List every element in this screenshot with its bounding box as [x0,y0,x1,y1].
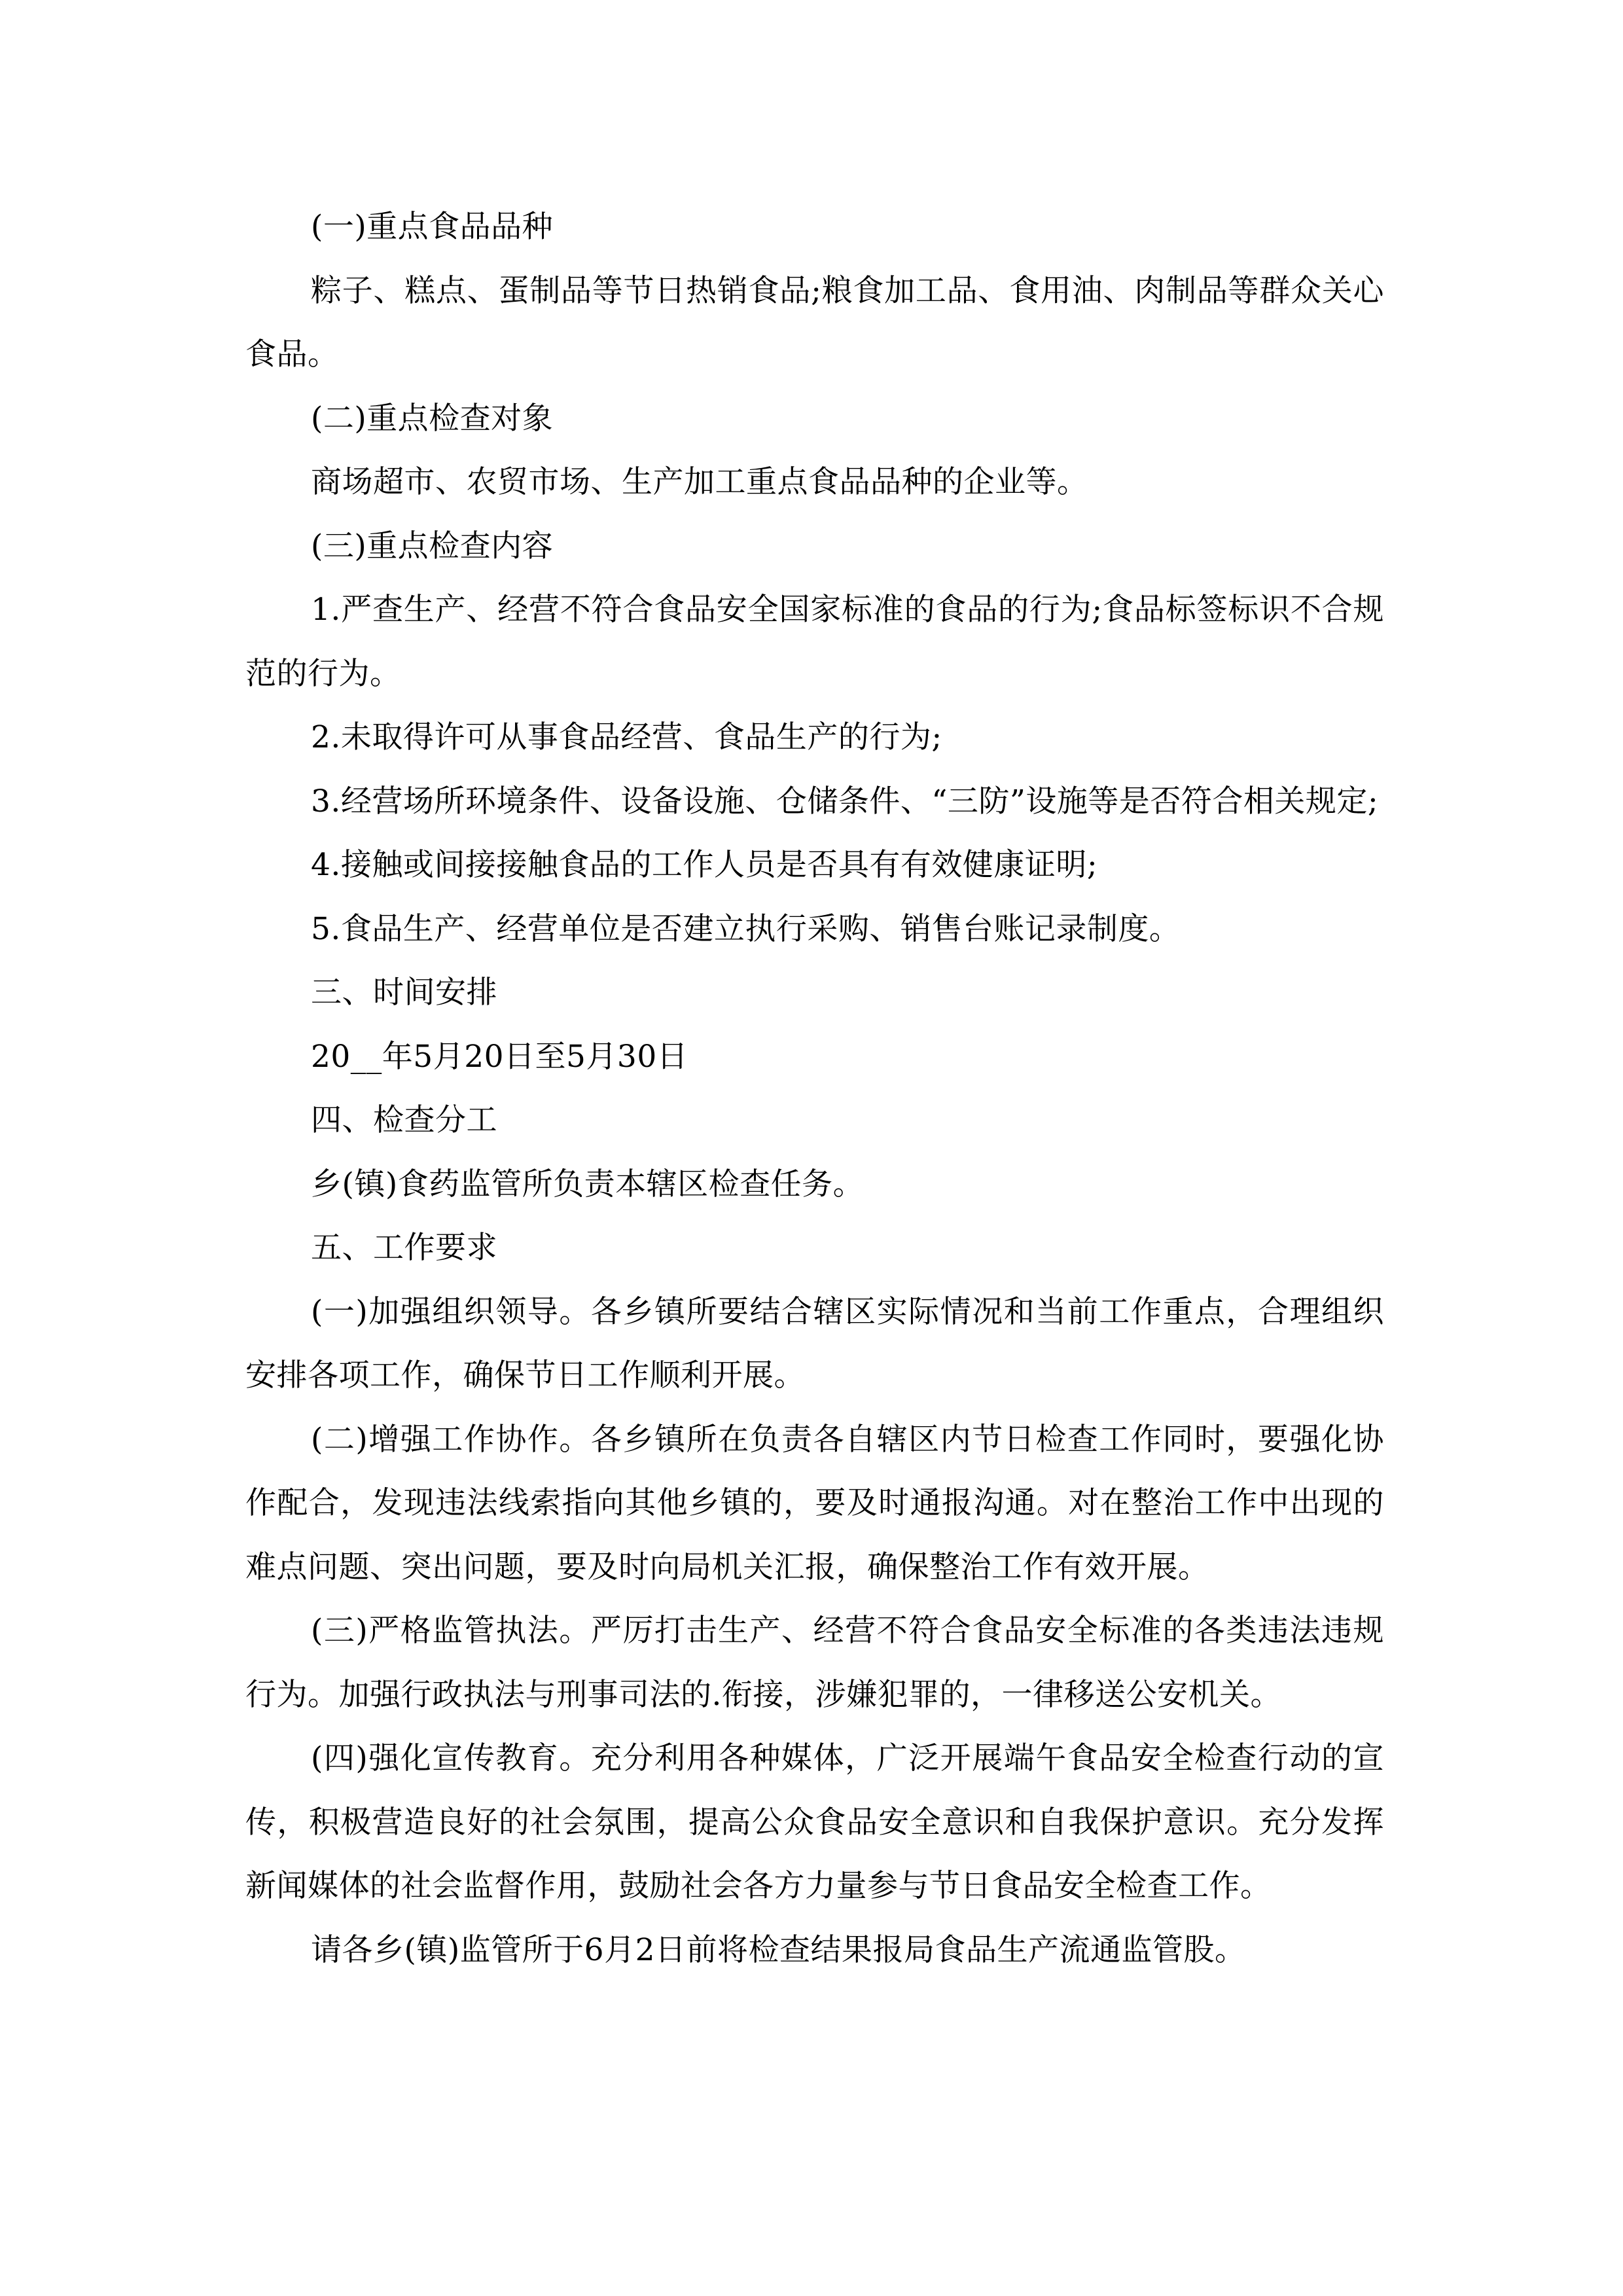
requirement-publicity-education: (四)强化宣传教育。充分利用各种媒体，广泛开展端午食品安全检查行动的宣传，积极营… [245,1727,1384,1918]
paragraph-inspection-targets: 商场超市、农贸市场、生产加工重点食品品种的企业等。 [245,450,1384,514]
requirement-enhance-cooperation: (二)增强工作协作。各乡镇所在负责各自辖区内节日检查工作同时，要强化协作配合，发… [245,1408,1384,1600]
list-item-5: 5.食品生产、经营单位是否建立执行采购、销售台账记录制度。 [245,897,1384,961]
paragraph-division-of-work: 乡(镇)食药监管所负责本辖区检查任务。 [245,1153,1384,1217]
paragraph-key-food-list: 粽子、糕点、蛋制品等节日热销食品;粮食加工品、食用油、肉制品等群众关心食品。 [245,259,1384,387]
paragraph-schedule-dates: 20__年5月20日至5月30日 [245,1025,1384,1089]
requirement-strengthen-leadership: (一)加强组织领导。各乡镇所要结合辖区实际情况和当前工作重点，合理组织安排各项工… [245,1280,1384,1408]
heading-key-inspection-content: (三)重点检查内容 [245,514,1384,579]
list-item-1: 1.严查生产、经营不符合食品安全国家标准的食品的行为;食品标签标识不合规范的行为… [245,578,1384,706]
list-item-3: 3.经营场所环境条件、设备设施、仓储条件、“三防”设施等是否符合相关规定; [245,770,1384,834]
paragraph-closing-instruction: 请各乡(镇)监管所于6月2日前将检查结果报局食品生产流通监管股。 [245,1918,1384,1982]
document-page: (一)重点食品品种 粽子、糕点、蛋制品等节日热销食品;粮食加工品、食用油、肉制品… [245,195,1384,1982]
requirement-strict-enforcement: (三)严格监管执法。严厉打击生产、经营不符合食品安全标准的各类违法违规行为。加强… [245,1599,1384,1727]
list-item-2: 2.未取得许可从事食品经营、食品生产的行为; [245,706,1384,770]
list-item-4: 4.接触或间接接触食品的工作人员是否具有有效健康证明; [245,833,1384,897]
section-heading-schedule: 三、时间安排 [245,961,1384,1025]
section-heading-work-requirements: 五、工作要求 [245,1216,1384,1280]
section-heading-division-of-work: 四、检查分工 [245,1088,1384,1153]
heading-key-inspection-targets: (二)重点检查对象 [245,387,1384,451]
heading-key-food-types: (一)重点食品品种 [245,195,1384,259]
